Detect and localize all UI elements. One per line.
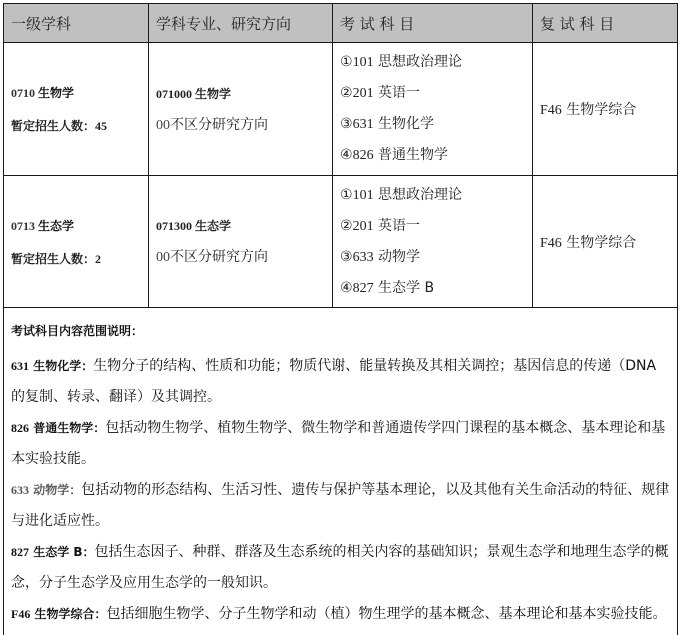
note-item: F46 生物学综合：包括细胞生物学、分子生物学和动（植）物生理学的基本概念、基本…: [11, 599, 671, 630]
note-item: 631 生物化学：生物分子的结构、性质和功能；物质代谢、能量转换及其相关调控；基…: [11, 351, 671, 413]
discipline-cell: 0713 生态学 暂定招生人数：2: [4, 176, 149, 308]
note-label-text: 普通生物学：: [33, 421, 105, 435]
note-label-text: 生物学综合：: [35, 607, 107, 621]
list-item: ④826 普通生物学: [340, 140, 532, 171]
exam-marker: ②: [340, 218, 353, 234]
retest-cell: F46 生物学综合: [533, 176, 678, 308]
exam-name: 英语一: [378, 218, 420, 234]
note-code: 631: [11, 359, 29, 373]
list-item: ③633 动物学: [340, 242, 532, 273]
list-item: ②201 英语一: [340, 78, 532, 109]
exam-name: 英语一: [378, 85, 420, 101]
major-name: 生物学: [195, 87, 231, 101]
discipline-heading: 0710 生物学: [11, 84, 148, 101]
note-label-text: 生态学 B：: [33, 545, 94, 559]
table-row: 0710 生物学 暂定招生人数：45 071000 生物学 00不区分研究方向: [4, 43, 678, 176]
exam-code: 826: [353, 148, 374, 163]
exam-marker: ④: [340, 147, 353, 163]
retest-code: F46: [540, 103, 562, 118]
notes-title: 考试科目内容范围说明：: [11, 322, 671, 339]
note-text: 包括动物的形态结构、生活习性、遗传与保护等基本理论，以及其他有关生命活动的特征、…: [11, 482, 669, 529]
research-direction: 00不区分研究方向: [156, 246, 332, 266]
discipline-heading: 0713 生态学: [11, 217, 148, 234]
exam-code: 101: [353, 188, 374, 203]
retest-code: F46: [540, 236, 562, 251]
notes-row: 考试科目内容范围说明： 631 生物化学：生物分子的结构、性质和功能；物质代谢、…: [4, 308, 678, 635]
exam-code: 101: [353, 55, 374, 70]
exam-code: 631: [353, 117, 374, 132]
admissions-table-container: 一级学科 学科专业、研究方向 考 试 科 目 复 试 科 目 0710 生物学 …: [3, 3, 677, 635]
exam-code: 201: [353, 219, 374, 234]
note-text: 包括生态因子、种群、群落及生态系统的相关内容的基础知识；景观生态学和地理生态学的…: [11, 544, 669, 591]
note-item: 827 生态学 B：包括生态因子、种群、群落及生态系统的相关内容的基础知识；景观…: [11, 537, 671, 599]
note-label: F46 生物学综合：: [11, 607, 107, 621]
exam-marker: ④: [340, 280, 353, 296]
exam-name: 思想政治理论: [378, 54, 462, 70]
discipline-name: 生态学: [38, 219, 74, 233]
note-text: 包括细胞生物学、分子生物学和动（植）物生理学的基本概念、基本理论和基本实验技能。: [107, 606, 667, 622]
direction-code: 00: [156, 250, 170, 265]
list-item: ②201 英语一: [340, 211, 532, 242]
exam-subjects-cell: ①101 思想政治理论 ②201 英语一 ③633 动物学 ④827 生态学 B: [333, 176, 533, 308]
major-heading: 071300 生态学: [156, 217, 332, 234]
exam-code: 201: [353, 86, 374, 101]
list-item: ③631 生物化学: [340, 109, 532, 140]
notes-cell: 考试科目内容范围说明： 631 生物化学：生物分子的结构、性质和功能；物质代谢、…: [4, 308, 678, 635]
list-item: ①101 思想政治理论: [340, 47, 532, 78]
exam-code: 633: [353, 250, 374, 265]
enrollment-count: 45: [95, 119, 107, 133]
note-item: 633 动物学：包括动物的形态结构、生活习性、遗传与保护等基本理论，以及其他有关…: [11, 475, 671, 537]
retest-name: 生物学综合: [566, 235, 636, 251]
note-label: 826 普通生物学：: [11, 421, 105, 435]
note-label: 827 生态学 B：: [11, 545, 95, 559]
major-code: 071000: [156, 87, 192, 101]
exam-marker: ①: [340, 54, 353, 70]
exam-name: 思想政治理论: [378, 187, 462, 203]
note-text: 包括动物生物学、植物生物学、微生物学和普通遗传学四门课程的基本概念、基本理论和基…: [11, 420, 665, 467]
enrollment-label: 暂定招生人数：: [11, 119, 95, 133]
exam-marker: ①: [340, 187, 353, 203]
retest-cell: F46 生物学综合: [533, 43, 678, 176]
major-cell: 071000 生物学 00不区分研究方向: [149, 43, 333, 176]
major-cell: 071300 生态学 00不区分研究方向: [149, 176, 333, 308]
discipline-name: 生物学: [38, 86, 74, 100]
enrollment: 暂定招生人数：45: [11, 117, 148, 134]
exam-list: ①101 思想政治理论 ②201 英语一 ③633 动物学 ④827 生态学 B: [340, 180, 532, 304]
exam-marker: ②: [340, 85, 353, 101]
list-item: ④827 生态学 B: [340, 273, 532, 304]
header-discipline: 一级学科: [4, 4, 149, 43]
note-label: 633 动物学：: [11, 483, 81, 497]
note-code: 827: [11, 545, 29, 559]
discipline-code: 0710: [11, 86, 35, 100]
exam-subjects-cell: ①101 思想政治理论 ②201 英语一 ③631 生物化学 ④826 普通生物…: [333, 43, 533, 176]
major-name: 生态学: [195, 219, 231, 233]
exam-name: 动物学: [378, 249, 420, 265]
enrollment: 暂定招生人数：2: [11, 250, 148, 267]
header-major: 学科专业、研究方向: [149, 4, 333, 43]
exam-name: 生态学 B: [378, 280, 434, 296]
list-item: ①101 思想政治理论: [340, 180, 532, 211]
note-label-text: 生物化学：: [33, 359, 93, 373]
retest-name: 生物学综合: [566, 102, 636, 118]
enrollment-count: 2: [95, 252, 101, 266]
note-code: F46: [11, 607, 30, 621]
exam-name: 普通生物学: [378, 147, 448, 163]
direction-code: 00: [156, 118, 170, 133]
discipline-code: 0713: [11, 219, 35, 233]
retest-subject: F46 生物学综合: [540, 102, 636, 118]
discipline-cell: 0710 生物学 暂定招生人数：45: [4, 43, 149, 176]
direction-name: 不区分研究方向: [170, 249, 268, 265]
note-text: 生物分子的结构、性质和功能；物质代谢、能量转换及其相关调控；基因信息的传递（DN…: [11, 358, 656, 405]
direction-name: 不区分研究方向: [170, 117, 268, 133]
header-row: 一级学科 学科专业、研究方向 考 试 科 目 复 试 科 目: [4, 4, 678, 43]
admissions-table: 一级学科 学科专业、研究方向 考 试 科 目 复 试 科 目 0710 生物学 …: [3, 3, 678, 635]
note-item: 826 普通生物学：包括动物生物学、植物生物学、微生物学和普通遗传学四门课程的基…: [11, 413, 671, 475]
exam-list: ①101 思想政治理论 ②201 英语一 ③631 生物化学 ④826 普通生物…: [340, 47, 532, 171]
exam-name: 生物化学: [378, 116, 434, 132]
header-retest-subjects: 复 试 科 目: [533, 4, 678, 43]
research-direction: 00不区分研究方向: [156, 114, 332, 134]
note-label-text: 动物学：: [33, 483, 81, 497]
enrollment-label: 暂定招生人数：: [11, 252, 95, 266]
retest-subject: F46 生物学综合: [540, 235, 636, 251]
table-row: 0713 生态学 暂定招生人数：2 071300 生态学 00不区分研究方向: [4, 176, 678, 308]
major-code: 071300: [156, 219, 192, 233]
note-label: 631 生物化学：: [11, 359, 93, 373]
exam-marker: ③: [340, 249, 353, 265]
note-code: 826: [11, 421, 29, 435]
header-exam-subjects: 考 试 科 目: [333, 4, 533, 43]
major-heading: 071000 生物学: [156, 85, 332, 102]
exam-code: 827: [353, 281, 374, 296]
exam-marker: ③: [340, 116, 353, 132]
note-code: 633: [11, 483, 29, 497]
